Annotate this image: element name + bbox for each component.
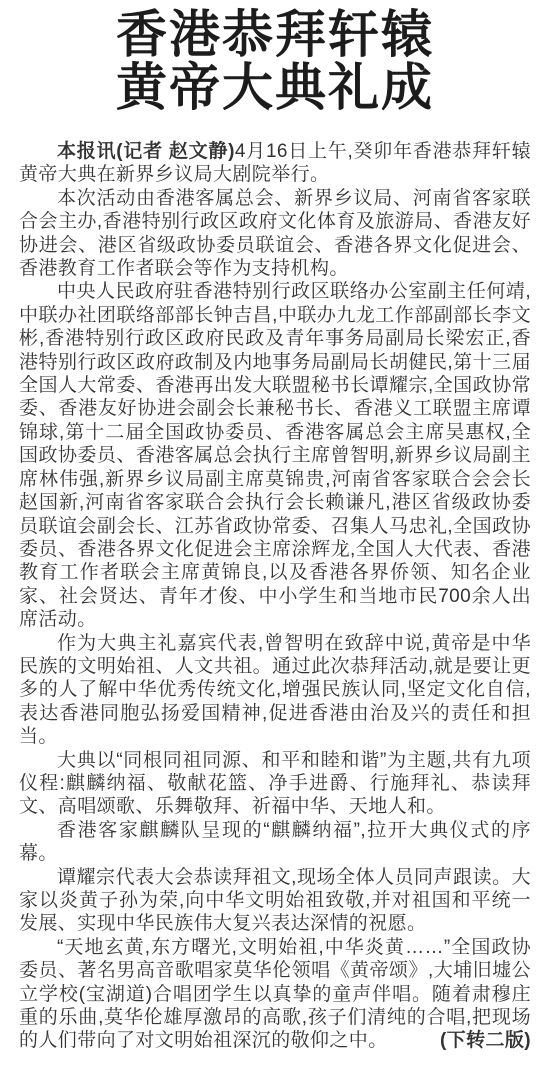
paragraph-song: “天地玄黄,东方曙光,文明始祖,中华炎黄……”全国政协委员、著名男高音歌唱家莫华… bbox=[19, 936, 531, 1053]
paragraph-theme: 大典以“同根同祖同源、和平和睦和谐”为主题,共有九项仪程:麒麟纳福、敬献花篮、净… bbox=[19, 749, 531, 819]
newspaper-page: 香港恭拜轩辕 黄帝大典礼成 本报讯(记者 赵文静)4月16日上午,癸卯年香港恭拜… bbox=[0, 0, 550, 1070]
paragraph-text: 中央人民政府驻香港特别行政区联络办公室副主任何靖,中联办社团联络部部长钟吉昌,中… bbox=[19, 281, 531, 630]
paragraph-text: 本次活动由香港客属总会、新界乡议局、河南省客家联合会主办,香港特别行政区政府文化… bbox=[19, 188, 531, 279]
paragraph-text: 大典以“同根同祖同源、和平和睦和谐”为主题,共有九项仪程:麒麟纳福、敬献花篮、净… bbox=[19, 750, 531, 818]
article-title-line-2: 黄帝大典礼成 bbox=[19, 61, 531, 114]
continued-on-page-2-note: (下转二版) bbox=[440, 1029, 531, 1052]
article-title-line-1: 香港恭拜轩辕 bbox=[19, 8, 531, 61]
paragraph-attendees: 中央人民政府驻香港特别行政区联络办公室副主任何靖,中联办社团联络部部长钟吉昌,中… bbox=[19, 280, 531, 631]
paragraph-qilin: 香港客家麒麟队呈现的“麒麟纳福”,拉开大典仪式的序幕。 bbox=[19, 819, 531, 866]
paragraph-reading: 谭耀宗代表大会恭读拜祖文,现场全体人员同声跟读。大家以炎黄子孙为荣,向中华文明始… bbox=[19, 866, 531, 936]
paragraph-dateline: 本报讯(记者 赵文静)4月16日上午,癸卯年香港恭拜轩辕黄帝大典在新界乡议局大剧… bbox=[19, 140, 531, 187]
paragraph-organizers: 本次活动由香港客属总会、新界乡议局、河南省客家联合会主办,香港特别行政区政府文化… bbox=[19, 187, 531, 281]
article-title: 香港恭拜轩辕 黄帝大典礼成 bbox=[19, 8, 531, 114]
dateline-byline: 本报讯(记者 赵文静) bbox=[57, 141, 235, 162]
paragraph-text: 作为大典主礼嘉宾代表,曾智明在致辞中说,黄帝是中华民族的文明始祖、人文共祖。通过… bbox=[19, 633, 531, 748]
paragraph-text: 谭耀宗代表大会恭读拜祖文,现场全体人员同声跟读。大家以炎黄子孙为荣,向中华文明始… bbox=[19, 867, 531, 935]
paragraph-text: 香港客家麒麟队呈现的“麒麟纳福”,拉开大典仪式的序幕。 bbox=[19, 820, 531, 864]
paragraph-speech: 作为大典主礼嘉宾代表,曾智明在致辞中说,黄帝是中华民族的文明始祖、人文共祖。通过… bbox=[19, 632, 531, 749]
article-body: 本报讯(记者 赵文静)4月16日上午,癸卯年香港恭拜轩辕黄帝大典在新界乡议局大剧… bbox=[19, 140, 531, 1053]
